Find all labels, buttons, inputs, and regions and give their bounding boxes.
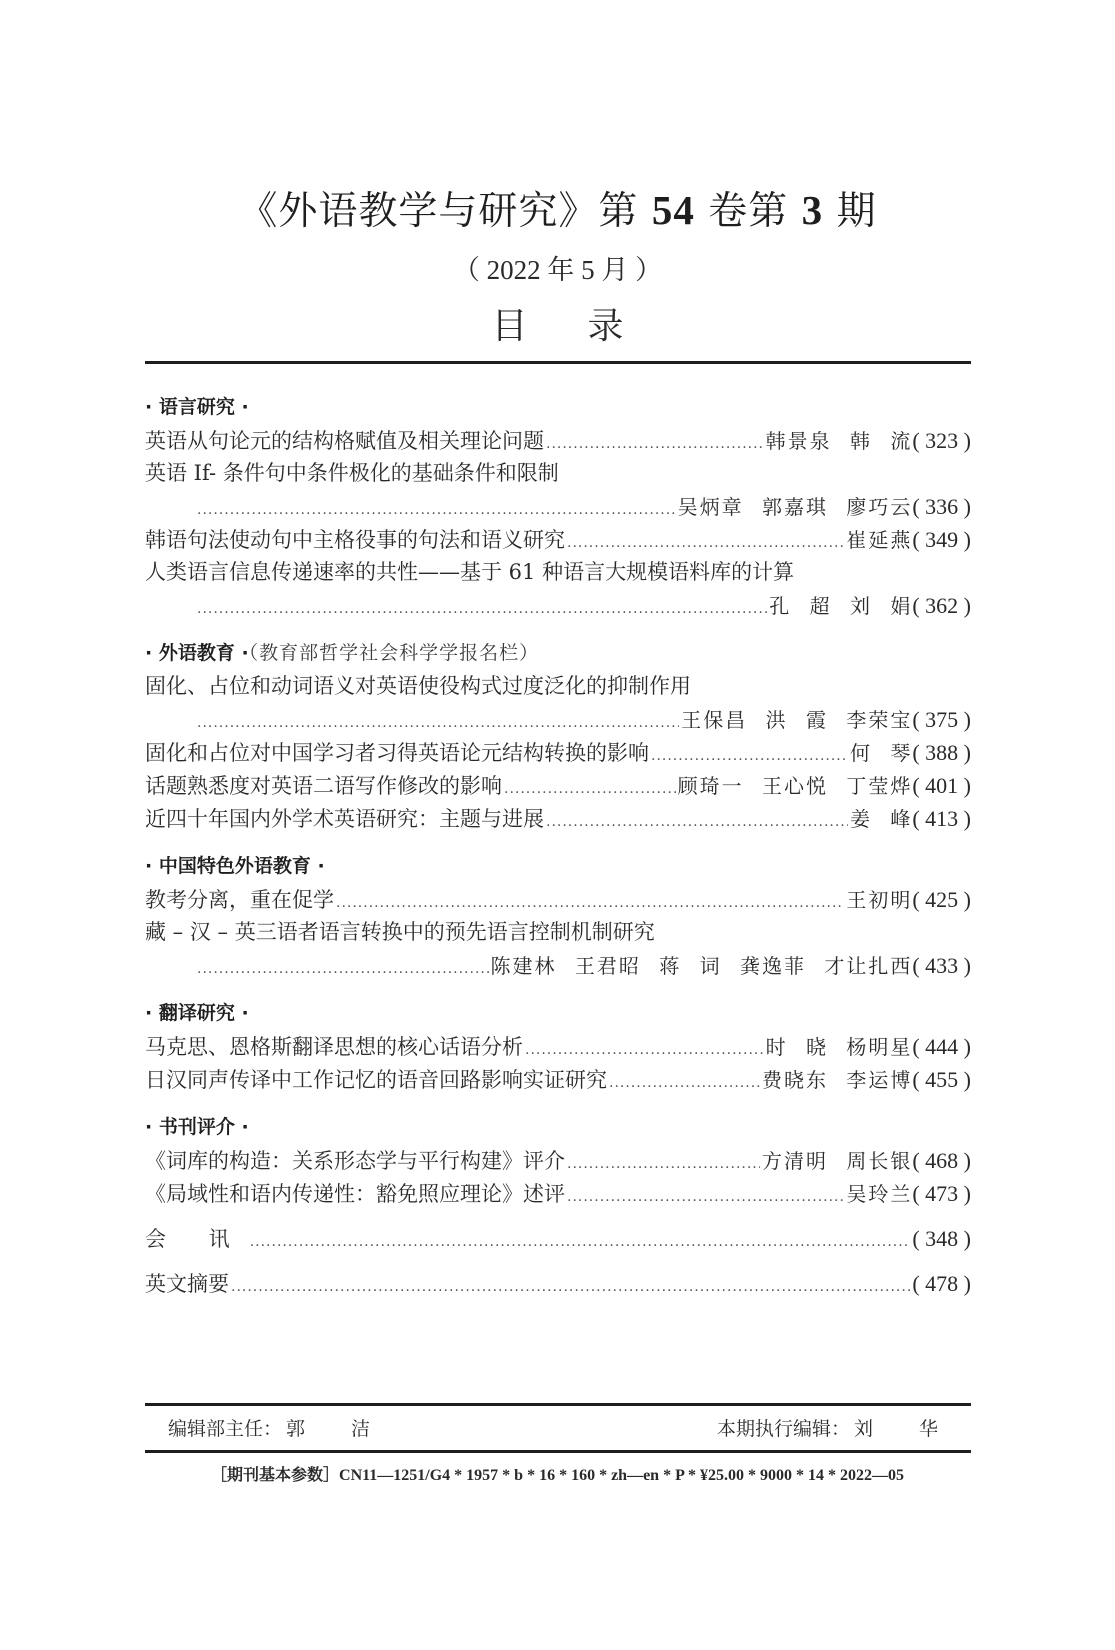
toc-entry-title-line[interactable]: 人类语言信息传递速率的共性——基于 61 种语言大规模语料库的计算 bbox=[145, 556, 971, 589]
section-title: · 翻译研究 · bbox=[145, 996, 971, 1030]
toc-entry[interactable]: 韩语句法使动句中主格役事的句法和语义研究 崔延燕 ( 349 ) bbox=[145, 523, 971, 556]
entry-title: 英文摘要 bbox=[145, 1268, 229, 1301]
entry-page: ( 323 ) bbox=[912, 424, 971, 457]
toc-entry-continuation[interactable]: 王保昌 洪 霞 李荣宝 ( 375 ) bbox=[145, 703, 971, 736]
entry-authors: 吴玲兰 bbox=[846, 1178, 912, 1211]
entry-title: 人类语言信息传递速率的共性——基于 61 种语言大规模语料库的计算 bbox=[145, 556, 794, 589]
leader-dots bbox=[609, 1067, 760, 1100]
entry-page: ( 413 ) bbox=[912, 802, 971, 835]
entry-page: ( 349 ) bbox=[912, 523, 971, 556]
toc-entry[interactable]: 话题熟悉度对英语二语写作修改的影响 顾琦一 王心悦 丁莹烨 ( 401 ) bbox=[145, 769, 971, 802]
toc-entry[interactable]: 固化和占位对中国学习者习得英语论元结构转换的影响 何 琴 ( 388 ) bbox=[145, 736, 971, 769]
section-title: · 外语教育 ·（教育部哲学社会科学学报名栏） bbox=[145, 636, 971, 670]
entry-title: 话题熟悉度对英语二语写作修改的影响 bbox=[145, 770, 502, 803]
leader-dots bbox=[546, 806, 848, 839]
entry-page: ( 478 ) bbox=[912, 1267, 971, 1300]
toc-page: 《外语教学与研究》第 54 卷第 3 期 （ 2022 年 5 月 ） 目录 ·… bbox=[0, 0, 1115, 1650]
entry-authors: 孔 超 刘 娟 bbox=[769, 590, 912, 623]
entry-authors: 陈建林 王君昭 蒋 词 龚逸菲 才让扎西 bbox=[491, 950, 913, 983]
leader-dots bbox=[250, 1226, 911, 1259]
toc-entry-title-line[interactable]: 固化、占位和动词语义对英语使役构式过度泛化的抑制作用 bbox=[145, 670, 971, 703]
entry-page: ( 362 ) bbox=[912, 589, 971, 622]
entry-page: ( 375 ) bbox=[912, 703, 971, 736]
toc-entry-continuation[interactable]: 孔 超 刘 娟 ( 362 ) bbox=[145, 589, 971, 622]
executive-editor: 本期执行编辑：刘 华 bbox=[717, 1410, 958, 1448]
chief-editor: 编辑部主任：郭 洁 bbox=[168, 1410, 390, 1448]
leader-dots bbox=[546, 428, 764, 461]
toc-entry[interactable]: 《局域性和语内传递性：豁免照应理论》述评 吴玲兰 ( 473 ) bbox=[145, 1177, 971, 1210]
volume-number: 54 bbox=[652, 187, 695, 233]
toc-entry[interactable]: 《词库的构造：关系形态学与平行构建》评介 方清明 周长银 ( 468 ) bbox=[145, 1144, 971, 1177]
entry-authors: 韩景泉 韩 流 bbox=[766, 425, 913, 458]
entry-title: 《局域性和语内传递性：豁免照应理论》述评 bbox=[145, 1178, 565, 1211]
entry-page: ( 468 ) bbox=[912, 1144, 971, 1177]
toc-entry[interactable]: 英语从句论元的结构格赋值及相关理论问题 韩景泉 韩 流 ( 323 ) bbox=[145, 424, 971, 457]
leader-dots bbox=[231, 1271, 910, 1304]
entry-title: 藏 – 汉 – 英三语者语言转换中的预先语言控制机制研究 bbox=[145, 916, 655, 949]
leader-dots bbox=[197, 707, 679, 740]
toc-entry[interactable]: 日汉同声传译中工作记忆的语音回路影响实证研究 费晓东 李运博 ( 455 ) bbox=[145, 1063, 971, 1096]
entry-page: ( 444 ) bbox=[912, 1030, 971, 1063]
toc-entry-continuation[interactable]: 吴炳章 郭嘉琪 廖巧云 ( 336 ) bbox=[145, 490, 971, 523]
leader-dots bbox=[197, 953, 489, 986]
toc-entry[interactable]: 教考分离，重在促学 王初明 ( 425 ) bbox=[145, 883, 971, 916]
entry-page: ( 336 ) bbox=[912, 490, 971, 523]
entry-page: ( 425 ) bbox=[912, 883, 971, 916]
divider-bottom bbox=[145, 1450, 971, 1453]
entry-page: ( 455 ) bbox=[912, 1063, 971, 1096]
leader-dots bbox=[651, 740, 848, 773]
toc-entry-english-abstracts[interactable]: 英文摘要 ( 478 ) bbox=[145, 1267, 971, 1300]
entry-page: ( 401 ) bbox=[912, 769, 971, 802]
entry-title: 马克思、恩格斯翻译思想的核心话语分析 bbox=[145, 1031, 523, 1064]
issue-date: （ 2022 年 5 月 ） bbox=[0, 248, 1115, 287]
entry-authors: 崔延燕 bbox=[846, 524, 912, 557]
entry-authors: 王初明 bbox=[846, 884, 912, 917]
entry-title: 英语从句论元的结构格赋值及相关理论问题 bbox=[145, 425, 544, 458]
entry-title: 会 讯 bbox=[145, 1223, 248, 1256]
entry-title: 教考分离，重在促学 bbox=[145, 884, 334, 917]
entry-title: 韩语句法使动句中主格役事的句法和语义研究 bbox=[145, 524, 565, 557]
entry-page: ( 388 ) bbox=[912, 736, 971, 769]
journal-parameters: ［期刊基本参数］CN11—1251/G4 * 1957 * b * 16 * 1… bbox=[0, 1462, 1115, 1485]
entry-authors: 姜 峰 bbox=[850, 803, 912, 836]
entry-title: 固化和占位对中国学习者习得英语论元结构转换的影响 bbox=[145, 737, 649, 770]
entry-authors: 方清明 周长银 bbox=[762, 1145, 912, 1178]
entry-page: ( 473 ) bbox=[912, 1177, 971, 1210]
leader-dots bbox=[197, 494, 676, 527]
toc-entry-conference-news[interactable]: 会 讯 ( 348 ) bbox=[145, 1222, 971, 1255]
section-title: · 中国特色外语教育 · bbox=[145, 849, 971, 883]
section-note: （教育部哲学社会科学学报名栏） bbox=[249, 642, 540, 664]
issue-number: 3 bbox=[802, 187, 824, 233]
leader-dots bbox=[567, 1148, 760, 1181]
journal-title: 《外语教学与研究》第 54 卷第 3 期 bbox=[0, 180, 1115, 236]
toc-entry-title-line[interactable]: 藏 – 汉 – 英三语者语言转换中的预先语言控制机制研究 bbox=[145, 916, 971, 949]
leader-dots bbox=[567, 1181, 844, 1214]
entry-title: 近四十年国内外学术英语研究：主题与进展 bbox=[145, 803, 544, 836]
toc-entry[interactable]: 近四十年国内外学术英语研究：主题与进展 姜 峰 ( 413 ) bbox=[145, 802, 971, 835]
divider-top bbox=[145, 361, 971, 364]
entry-page: ( 348 ) bbox=[912, 1222, 971, 1255]
section-title: · 书刊评介 · bbox=[145, 1110, 971, 1144]
leader-dots bbox=[197, 593, 767, 626]
toc-entry-continuation[interactable]: 陈建林 王君昭 蒋 词 龚逸菲 才让扎西 ( 433 ) bbox=[145, 949, 971, 982]
entry-title: 《词库的构造：关系形态学与平行构建》评介 bbox=[145, 1145, 565, 1178]
toc-heading: 目录 bbox=[0, 298, 1115, 349]
toc-entry[interactable]: 马克思、恩格斯翻译思想的核心话语分析 时 晓 杨明星 ( 444 ) bbox=[145, 1030, 971, 1063]
leader-dots bbox=[525, 1034, 764, 1067]
entry-authors: 时 晓 杨明星 bbox=[766, 1031, 913, 1064]
divider-middle bbox=[145, 1403, 971, 1406]
section-title: · 语言研究 · bbox=[145, 390, 971, 424]
table-of-contents: · 语言研究 · 英语从句论元的结构格赋值及相关理论问题 韩景泉 韩 流 ( 3… bbox=[145, 390, 971, 1300]
entry-authors: 何 琴 bbox=[850, 737, 912, 770]
editors-line: 编辑部主任：郭 洁 本期执行编辑：刘 华 bbox=[168, 1410, 958, 1448]
entry-title: 日汉同声传译中工作记忆的语音回路影响实证研究 bbox=[145, 1064, 607, 1097]
toc-entry-title-line[interactable]: 英语 If- 条件句中条件极化的基础条件和限制 bbox=[145, 457, 971, 490]
entry-authors: 顾琦一 王心悦 丁莹烨 bbox=[678, 770, 913, 803]
entry-authors: 吴炳章 郭嘉琪 廖巧云 bbox=[678, 491, 913, 524]
leader-dots bbox=[504, 773, 676, 806]
entry-authors: 费晓东 李运博 bbox=[762, 1064, 912, 1097]
entry-authors: 王保昌 洪 霞 李荣宝 bbox=[681, 704, 912, 737]
entry-page: ( 433 ) bbox=[912, 949, 971, 982]
entry-title: 固化、占位和动词语义对英语使役构式过度泛化的抑制作用 bbox=[145, 670, 691, 703]
entry-title: 英语 If- 条件句中条件极化的基础条件和限制 bbox=[145, 457, 559, 490]
